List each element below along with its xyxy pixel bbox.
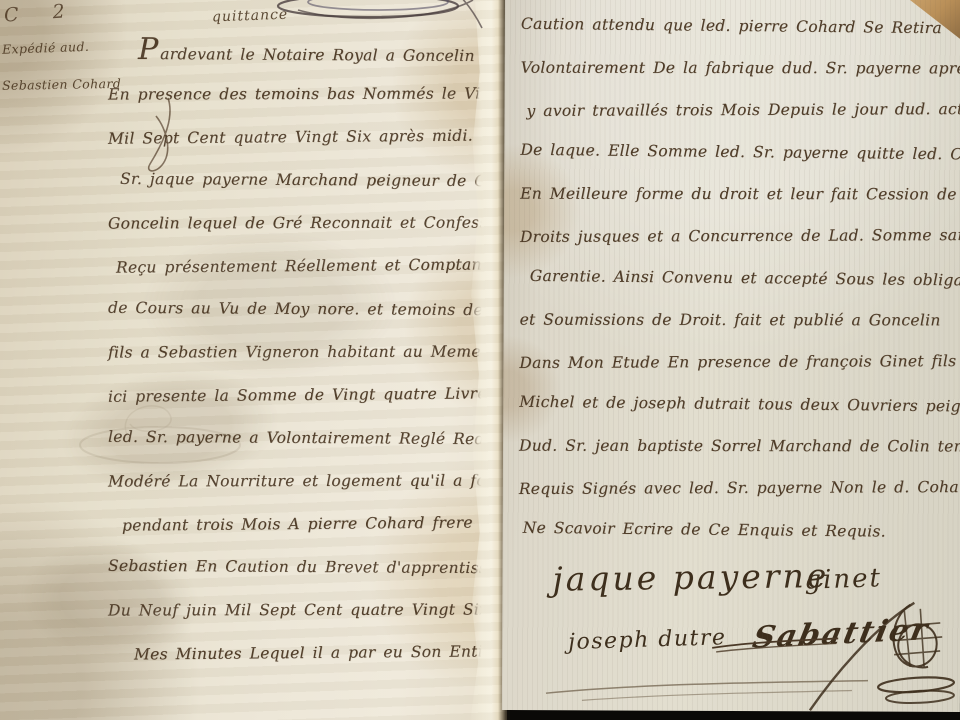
manuscript-line: Du Neuf juin Mil Sept Cent quatre Vingt … bbox=[108, 592, 507, 636]
right-page-text: Caution attendu que led. pierre Cohard S… bbox=[519, 9, 957, 557]
manuscript-line: de Cours au Vu de Moy nore. et temoins d… bbox=[108, 291, 507, 336]
corner-mark: C 2 bbox=[3, 0, 79, 27]
signature-payerne: jaque payerne bbox=[552, 556, 829, 599]
manuscript-line: En presence des temoins bas Nommés le Vi… bbox=[108, 76, 507, 120]
manuscript-line: ici presente la Somme de Vingt quatre Li… bbox=[108, 376, 507, 422]
manuscript-page-right: Caution attendu que led. pierre Cohard S… bbox=[502, 0, 960, 712]
manuscript-line: Mes Minutes Lequel il a par eu Son Entie… bbox=[108, 634, 507, 680]
manuscript-photo: C 2 quittance Expédié aud. Sebastien Coh… bbox=[0, 0, 960, 720]
manuscript-line: De laque. Elle Somme led. Sr. payerne qu… bbox=[520, 134, 956, 181]
manuscript-line: Modéré La Nourriture et logement qu'il a… bbox=[108, 463, 507, 507]
manuscript-line: Dud. Sr. jean baptiste Sorrel Marchand d… bbox=[519, 430, 955, 473]
manuscript-line: Mil Sept Cent quatre Vingt Six après mid… bbox=[108, 118, 507, 164]
manuscript-line: y avoir travaillés trois Mois Depuis le … bbox=[520, 93, 956, 137]
top-flourish-scribble bbox=[268, 0, 488, 36]
manuscript-line: Requis Signés avec led. Sr. payerne Non … bbox=[519, 471, 955, 515]
margin-note: Sebastien Cohard bbox=[2, 76, 106, 93]
manuscript-line: En Meilleure forme du droit et leur fait… bbox=[520, 178, 956, 221]
margin-notes: Expédié aud. Sebastien Cohard bbox=[2, 40, 106, 92]
manuscript-line: pendant trois Mois A pierre Cohard frere… bbox=[108, 505, 507, 551]
manuscript-line: Ne Scavoir Ecrire de Ce Enquis et Requis… bbox=[518, 512, 954, 559]
manuscript-line: Pardevant le Notaire Royal a Goncelin So… bbox=[108, 33, 507, 78]
manuscript-line: fils a Sebastien Vigneron habitant au Me… bbox=[108, 334, 507, 378]
manuscript-line: et Soumissions de Droit. fait et publié … bbox=[520, 304, 956, 347]
margin-note: Expédié aud. bbox=[2, 38, 106, 57]
notary-paraph bbox=[870, 597, 960, 709]
manuscript-line: Volontairement De la fabrique dud. Sr. p… bbox=[521, 52, 957, 95]
manuscript-line: Michel et de joseph dutrait tous deux Ou… bbox=[519, 386, 955, 433]
manuscript-page-left: C 2 quittance Expédié aud. Sebastien Coh… bbox=[0, 0, 507, 720]
manuscript-line: Reçu présentement Réellement et Comptant… bbox=[108, 247, 507, 293]
left-page-text: Pardevant le Notaire Royal a Goncelin So… bbox=[108, 34, 507, 679]
manuscript-line: Goncelin lequel de Gré Reconnait et Conf… bbox=[108, 205, 507, 249]
signature-ginet: ginet bbox=[804, 563, 882, 595]
manuscript-line: Droits jusques et a Concurrence de Lad. … bbox=[520, 219, 956, 263]
manuscript-line: Garentie. Ainsi Convenu et accepté Sous … bbox=[520, 260, 956, 307]
manuscript-line: Sebastien En Caution du Brevet d'apprent… bbox=[108, 549, 507, 594]
manuscript-line: led. Sr. payerne a Volontairement Reglé … bbox=[108, 420, 507, 465]
manuscript-line: Caution attendu que led. pierre Cohard S… bbox=[521, 8, 957, 55]
signature-dutre: joseph dutre bbox=[568, 625, 727, 655]
manuscript-line: Sr. jaque payerne Marchand peigneur de C… bbox=[108, 162, 507, 207]
manuscript-line: Dans Mon Etude En presence de françois G… bbox=[519, 345, 955, 389]
